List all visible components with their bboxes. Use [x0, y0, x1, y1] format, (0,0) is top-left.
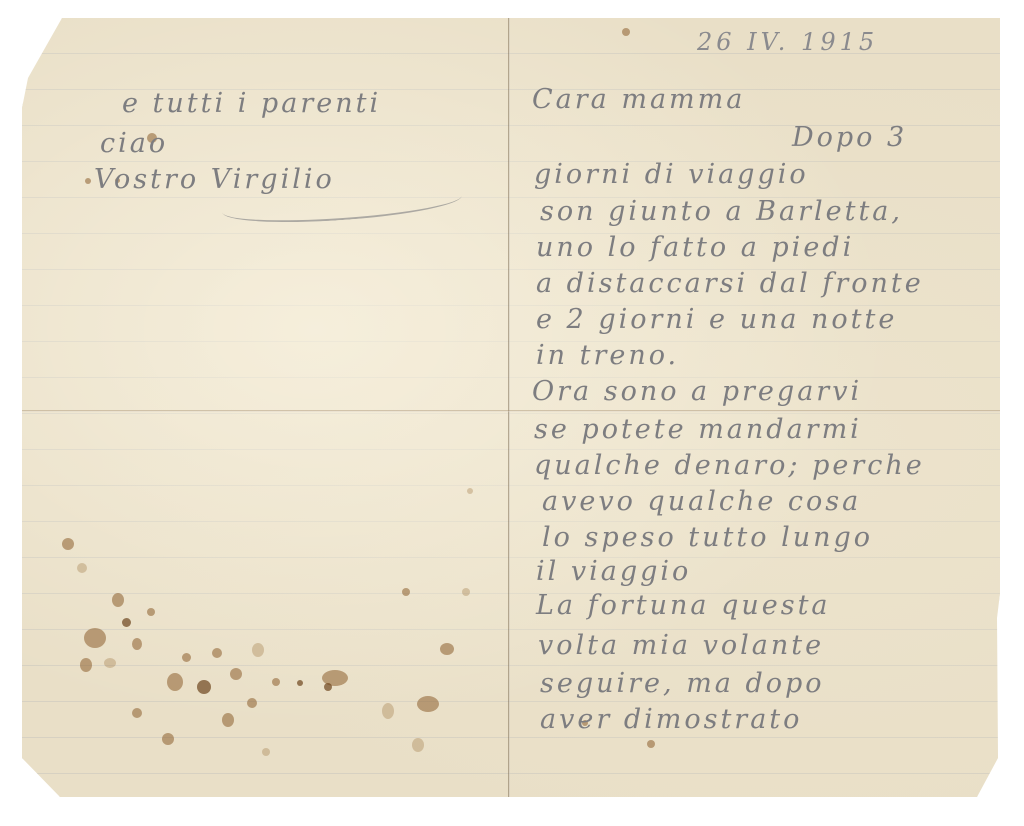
vertical-fold-crease — [508, 18, 510, 797]
left-line-signature: Vostro Virgilio — [94, 166, 335, 193]
salutation: Cara mamma — [532, 86, 745, 113]
body-line-4: uno lo fatto a piedi — [536, 234, 854, 261]
body-line-2: giorni di viaggio — [534, 161, 809, 188]
body-line-11: avevo qualche cosa — [542, 488, 861, 515]
body-line-17: aver dimostrato — [540, 706, 802, 733]
body-line-9: se potete mandarmi — [534, 416, 862, 443]
body-line-7: in treno. — [536, 342, 679, 369]
body-line-12: lo speso tutto lungo — [542, 524, 873, 551]
body-line-1: Dopo 3 — [792, 124, 907, 151]
body-line-3: son giunto a Barletta, — [540, 198, 903, 225]
body-line-6: e 2 giorni e una notte — [536, 306, 897, 333]
letter-date: 26 IV. 1915 — [697, 30, 878, 54]
body-line-14: La fortuna questa — [536, 592, 831, 619]
left-line-2: ciao — [100, 130, 168, 157]
body-line-15: volta mia volante — [538, 632, 824, 659]
letter-sheet: e tutti i parenti ciao Vostro Virgilio 2… — [22, 18, 1000, 797]
body-line-16: seguire, ma dopo — [540, 670, 825, 697]
body-line-8: Ora sono a pregarvi — [532, 378, 862, 405]
horizontal-fold-crease — [22, 410, 1000, 412]
body-line-13: il viaggio — [536, 558, 691, 585]
body-line-5: a distaccarsi dal fronte — [536, 270, 924, 297]
body-line-10: qualche denaro; perche — [534, 452, 925, 479]
left-line-1: e tutti i parenti — [122, 90, 381, 117]
